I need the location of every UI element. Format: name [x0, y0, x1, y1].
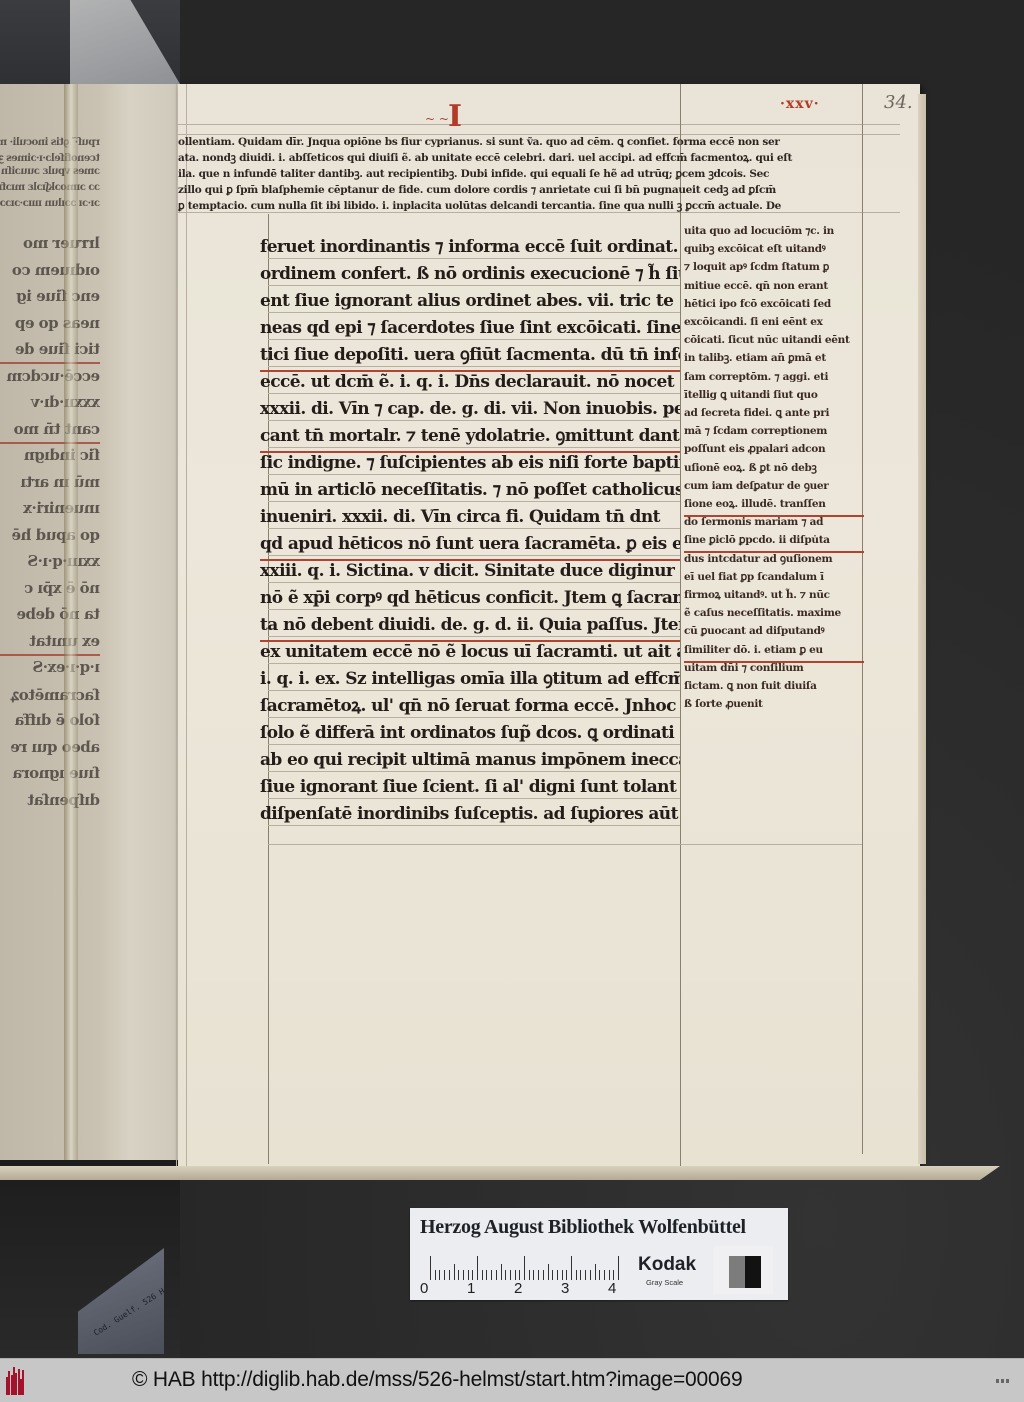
ruler-label: 3 [561, 1280, 569, 1297]
measurement-ruler [430, 1256, 620, 1280]
ruler-tick [472, 1270, 473, 1280]
ruler-tick [576, 1270, 577, 1280]
mirrored-text-line: qo apud hē [0, 526, 100, 548]
mirrored-text-line: ſic indıgn [0, 446, 100, 468]
gloss-line: ata. nondꝫ diuidi. i. abſſeticos qui diu… [178, 150, 862, 166]
mirrored-text-line: ſolo ē dıffa [0, 711, 100, 733]
gloss-line: ila. que n infundē taliter dantibꝫ. aut … [178, 166, 862, 182]
main-text-line: ordinem confert. ß nō ordinis execucionē… [260, 259, 680, 289]
ruler-tick [613, 1270, 614, 1280]
gray-scale-label: Gray Scale [646, 1278, 683, 1287]
main-text-line: diſpenſatē inordinibs ſuſceptis. ad ſuꝑi… [260, 799, 680, 829]
kodak-brand: Kodak [638, 1254, 696, 1276]
ruler-tick [580, 1270, 581, 1280]
mirrored-text-line: ſacramētoꝝ [0, 685, 100, 707]
gray-patch [729, 1256, 745, 1288]
main-text-line: mū in articlō neceſſitatis. ⁊ nō poſſet … [260, 475, 680, 505]
mirrored-text-line: abeo quı re [0, 738, 100, 760]
mirrored-text-line: neas qo ep [0, 314, 100, 336]
hab-barcode-logo-icon[interactable] [6, 1367, 24, 1395]
main-text-line: ent ſiue ignorant alius ordinet abes. vi… [260, 286, 680, 316]
ruling-line-top [178, 124, 900, 125]
main-text-line: xxiii. q. i. Sictina. v dicit. Sinitate … [260, 556, 680, 586]
ruler-tick [566, 1270, 567, 1280]
ruler-tick [543, 1270, 544, 1280]
main-text-line: inueniri. xxxii. di. Vīn circa fi. Quida… [260, 502, 680, 532]
mirrored-text-line: cant tn̄ mo [0, 420, 100, 444]
library-name: Herzog August Bibliothek Wolfenbüttel [420, 1216, 746, 1239]
ruler-tick [571, 1256, 572, 1280]
ruler-tick [529, 1270, 530, 1280]
rubricated-initial: I [448, 102, 462, 132]
main-text-line: i. q. i. ex. Sz intelligas omīa illa ꝯti… [260, 664, 680, 694]
color-scale-card: Herzog August Bibliothek Wolfenbüttel 0 … [410, 1208, 788, 1300]
mirrored-text-line: dıſpenſat [0, 791, 100, 813]
gloss-line: ß ſorte ꝓuenit [684, 694, 864, 715]
manuscript-page: ~ ~ I ·xxv· 34. ollentiam. Quidam dīr. J… [178, 84, 920, 1166]
folded-leaf-corner [70, 0, 180, 84]
ruler-tick [533, 1270, 534, 1280]
mirrored-text-line: ex unıtat [0, 632, 100, 656]
ruler-tick [505, 1270, 506, 1280]
ruler-tick [482, 1270, 483, 1280]
gloss-line: ꝑ temptacio. cum nulla ſit ibi libido. i… [178, 198, 862, 214]
ruler-tick [552, 1270, 553, 1280]
ruling-line-inner [176, 84, 177, 1166]
ruler-tick [562, 1270, 563, 1280]
ruler-tick [477, 1256, 478, 1280]
ruler-tick [599, 1270, 600, 1280]
ruler-tick [491, 1270, 492, 1280]
main-text-line: ſacramētoꝝ. ul' qn̄ nō ſeruat forma eccē… [260, 691, 680, 721]
folio-number: 34. [884, 92, 913, 113]
mirrored-text-line: enc ſiue ig [0, 287, 100, 309]
main-text-line: ſolo ẽ differā int ordinatos ſup̃ dcos. … [260, 718, 680, 748]
mirrored-text-line: ınueniri·x [0, 499, 100, 521]
ruler-tick [486, 1270, 487, 1280]
running-head-numeral: ·xxv· [780, 96, 820, 112]
page-bottom-edge [0, 1166, 1000, 1180]
ruling-line-bottom [268, 844, 862, 845]
mirrored-text-line: nō ē xp̄ı c [0, 579, 100, 601]
main-text-line: feruet inordinantis ⁊ informa eccē ſuit … [260, 232, 680, 262]
main-text-line: nō ẽ xp̄i corpꝰ qd hēticus conficit. Jte… [260, 583, 680, 613]
gray-scale-patches [713, 1246, 773, 1294]
ruler-tick [609, 1270, 610, 1280]
manuscript-image-viewer: rpuſ· ᷉ ꝯtis inoculi· macauclloilotcenof… [0, 0, 1024, 1358]
main-text-line: ſiue ignorant ſiue ſcient. ſi al' digni … [260, 772, 680, 802]
main-text-line: ab eo qui recipit ultimā manus impōnem i… [260, 745, 680, 775]
ruler-tick [496, 1270, 497, 1280]
ruler-tick [430, 1256, 431, 1280]
page-gutter-shadow [64, 84, 78, 1254]
ruler-label: 1 [467, 1280, 475, 1297]
mirrored-text-line: tici ſiue de [0, 340, 100, 364]
ruler-label: 0 [420, 1280, 428, 1297]
header-flourish: ~ ~ [425, 112, 449, 126]
mirrored-text-line: ſıue ıgnora [0, 764, 100, 786]
main-text-line: xxxii. di. Vīn ⁊ cap. de. g. di. vii. No… [260, 394, 680, 424]
ruler-tick [463, 1270, 464, 1280]
ruler-tick [439, 1270, 440, 1280]
ruler-tick [501, 1264, 502, 1280]
ruler-tick [515, 1270, 516, 1280]
main-text-line: eccē. ut dcm̄ ẽ. i. q. i. Dn̄s declaraui… [260, 367, 680, 397]
ruler-tick [538, 1270, 539, 1280]
ruler-tick [618, 1256, 619, 1280]
ruler-tick [604, 1270, 605, 1280]
ruler-tick [468, 1270, 469, 1280]
ruler-label: 4 [608, 1280, 616, 1297]
mirrored-text-line: ı·q·ı·ex·S [0, 658, 100, 680]
copyright-url-text[interactable]: © HAB http://diglib.hab.de/mss/526-helms… [132, 1368, 742, 1392]
main-text-line: neas qd epi ⁊ ſacerdotes ſiue ſint excōi… [260, 313, 680, 343]
mirrored-text-line: ɔɪ·ɔɪ ɔɔɪlun ɪııɪɔ·ɔɪɔɔɪɔɪuɔɔ [0, 198, 100, 220]
mirrored-text-line: xxxıı·dı·v [0, 393, 100, 415]
footer-bar: © HAB http://diglib.hab.de/mss/526-helms… [0, 1358, 1024, 1402]
main-text-line: ex unitatem eccē nō ẽ locus uī ſacramti.… [260, 637, 680, 667]
ruler-tick [548, 1264, 549, 1280]
ruling-line-main-right [680, 84, 681, 1166]
ruler-label: 2 [514, 1280, 522, 1297]
ruler-tick [524, 1256, 525, 1280]
mirrored-text-line: lrruer mo [0, 234, 100, 256]
mirrored-text-line: xxııı·q·ı·S [0, 552, 100, 574]
left-page-fold-dark [0, 0, 180, 90]
gloss-line: zillo qui ꝑ ſpm̄ blaſphemie cēptanur de … [178, 182, 862, 198]
mirrored-text-line: eccē·ucdcm [0, 367, 100, 389]
ruler-tick [444, 1270, 445, 1280]
gloss-line: ollentiam. Quidam dīr. Jnqua opiōne bs f… [178, 134, 862, 150]
mirrored-text-line: oıdıuem co [0, 261, 100, 283]
ruler-tick [585, 1270, 586, 1280]
ruler-tick [510, 1270, 511, 1280]
ruling-line-inner-2 [186, 84, 187, 1166]
left-facing-page: rpuſ· ᷉ ꝯtis inoculi· macauclloilotcenof… [0, 84, 180, 1164]
ruler-tick [557, 1270, 558, 1280]
ruler-tick [449, 1270, 450, 1280]
ruler-tick [458, 1270, 459, 1280]
main-text-line: ſic indigne. ⁊ ſuſcipientes ab eis niſi … [260, 448, 680, 478]
ruler-tick [595, 1264, 596, 1280]
ruler-tick [454, 1264, 455, 1280]
page-fore-edge [918, 94, 926, 1164]
ruler-tick [590, 1270, 591, 1280]
black-patch [745, 1256, 761, 1288]
ruler-tick [435, 1270, 436, 1280]
ruler-tick [519, 1270, 520, 1280]
mirrored-text-line: mū ın artı [0, 473, 100, 495]
dots-icon[interactable] [996, 1379, 1009, 1383]
mirrored-text-line: ta nō debe [0, 605, 100, 627]
